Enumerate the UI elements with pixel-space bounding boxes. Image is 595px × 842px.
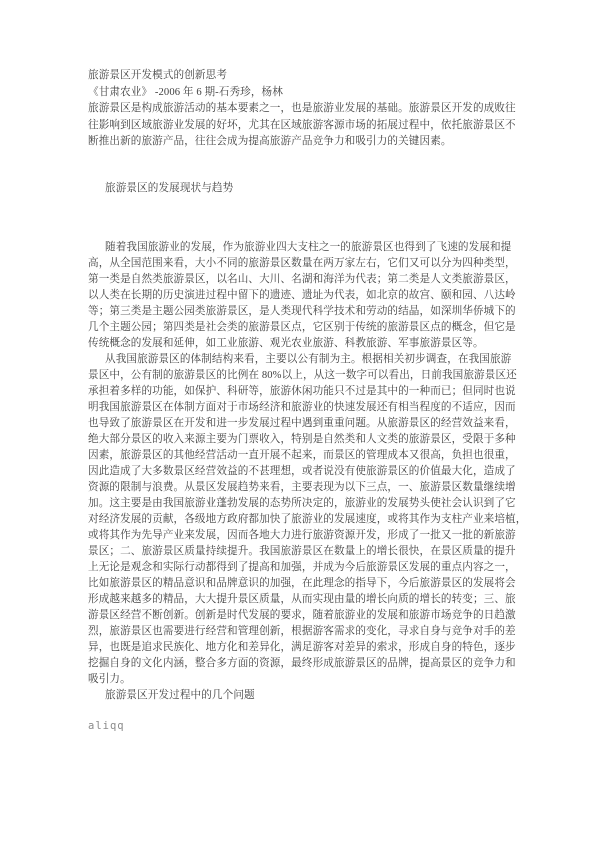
body-line: 形成越来越多的精品，大大提升景区质量，从而实现由量的增长向质的增长的转变；三、旅: [88, 592, 528, 608]
body-line: 几个主题公园；第四类是社会类的旅游景区点，它区别于传统的旅游景区点的概念，但它是: [88, 320, 528, 336]
body-line: 从我国旅游景区的体制结构来看，主要以公有制为主。根据相关初步调查，在我国旅游: [88, 352, 528, 368]
article-title: 旅游景区开发模式的创新思考: [88, 68, 528, 85]
body-line: 加。这主要是由我国旅游业蓬勃发展的态势所决定的，旅游业的发展势头使社会认识到了它: [88, 496, 528, 512]
body-line: 高，从全国范围来看，大小不同的旅游景区数量在两万家左右，它们又可以分为四种类型，: [88, 256, 528, 272]
body-line: 对经济发展的贡献，各级地方政府都加快了旅游业的发展速度，或将其作为支柱产业来培植…: [88, 512, 528, 528]
intro-paragraph: 旅游景区是构成旅游活动的基本要素之一，也是旅游业发展的基础。旅游景区开发的成败往…: [88, 101, 528, 151]
document-content: 旅游景区开发模式的创新思考 《甘肃农业》 -2006 年 6 期-石秀珍，杨林 …: [88, 68, 528, 734]
section-heading-development-status: 旅游景区的发展现状与趋势: [88, 181, 528, 198]
body-line: 吸引力。: [88, 672, 528, 688]
body-line: 因此造成了大多数景区经营效益的不甚理想，或者说没有使旅游景区的价值最大化，造成了: [88, 464, 528, 480]
body-line: 比如旅游景区的精品意识和品牌意识的加强，在此理念的指导下，今后旅游景区的发展将会: [88, 576, 528, 592]
body-line: 承担着多样的功能，如保护、科研等，旅游休闲功能只不过是其中的一种而已；但同时也说: [88, 384, 528, 400]
body-line: 上无论是观念和实际行动都得到了提高和加强，并成为今后旅游景区发展的重点内容之一，: [88, 560, 528, 576]
body-line: 也导致了旅游景区在开发和进一步发展过程中遇到重重问题。从旅游景区的经营效益来看，: [88, 416, 528, 432]
body-line: 第一类是自然类旅游景区，以名山、大川、名湖和海洋为代表；第二类是人文类旅游景区，: [88, 272, 528, 288]
body-line: 随着我国旅游业的发展，作为旅游业四大支柱之一的旅游景区也得到了飞速的发展和提: [88, 240, 528, 256]
body-line: 明我国旅游景区在体制方面对于市场经济和旅游业的快速发展还有相当程度的不适应，因而: [88, 400, 528, 416]
body-line: 以人类在长期的历史演进过程中留下的遗迹、遗址为代表，如北京的故宫、颐和园、八达岭: [88, 288, 528, 304]
body-line: 传统概念的发展和延伸，如工业旅游、观光农业旅游、科教旅游、军事旅游景区等。: [88, 336, 528, 352]
body-paragraphs: 随着我国旅游业的发展，作为旅游业四大支柱之一的旅游景区也得到了飞速的发展和提 高…: [88, 240, 528, 704]
body-line: 资源的限制与浪费。从景区发展趋势来看，主要表现为以下三点，一、旅游景区数量继续增: [88, 480, 528, 496]
intro-line: 往影响到区域旅游业发展的好坏，尤其在区域旅游客源市场的拓展过程中，依托旅游景区不: [88, 118, 528, 135]
body-line: 挖掘自身的文化内涵，整合多方面的资源，最终形成旅游景区的品牌，提高景区的竞争力和: [88, 656, 528, 672]
body-line: 绝大部分景区的收入来源主要为门票收入，特别是自然类和人文类的旅游景区，受限于多种: [88, 432, 528, 448]
watermark-text: aliqq: [88, 718, 528, 734]
body-line: 烈，旅游景区也需要进行经营和管理创新，根据游客需求的变化，寻求自身与竞争对手的差: [88, 624, 528, 640]
intro-line: 断推出新的旅游产品，往往会成为提高旅游产品竞争力和吸引力的关键因素。: [88, 134, 528, 151]
document-page: 旅游景区开发模式的创新思考 《甘肃农业》 -2006 年 6 期-石秀珍，杨林 …: [0, 0, 595, 842]
body-line: 异，也既是追求民族化、地方化和差异化，满足游客对差异的索求，形成自身的特色，逐步: [88, 640, 528, 656]
intro-line: 旅游景区是构成旅游活动的基本要素之一，也是旅游业发展的基础。旅游景区开发的成败往: [88, 101, 528, 118]
body-line: 游景区经营不断创新。创新是时代发展的要求，随着旅游业的发展和旅游市场竞争的日趋激: [88, 608, 528, 624]
body-line: 景区中，公有制的旅游景区的比例在 80%以上，从这一数字可以看出，日前我国旅游景…: [88, 368, 528, 384]
body-line: 因素，旅游景区的其他经营活动一直开展不起来，而景区的管理成本又很高，负担也很重，: [88, 448, 528, 464]
body-line: 景区；二、旅游景区质量持续提升。我国旅游景区在数量上的增长很快，在景区质量的提升: [88, 544, 528, 560]
section-heading-development-problems: 旅游景区开发过程中的几个问题: [88, 688, 528, 704]
body-line: 或将其作为先导产业来发展，因而各地大力进行旅游资源开发，形成了一批又一批的新旅游: [88, 528, 528, 544]
article-source: 《甘肃农业》 -2006 年 6 期-石秀珍，杨林: [88, 85, 528, 102]
body-line: 等；第三类是主题公园类旅游景区，是人类现代科学技术和劳动的结晶，如深圳华侨城下的: [88, 304, 528, 320]
